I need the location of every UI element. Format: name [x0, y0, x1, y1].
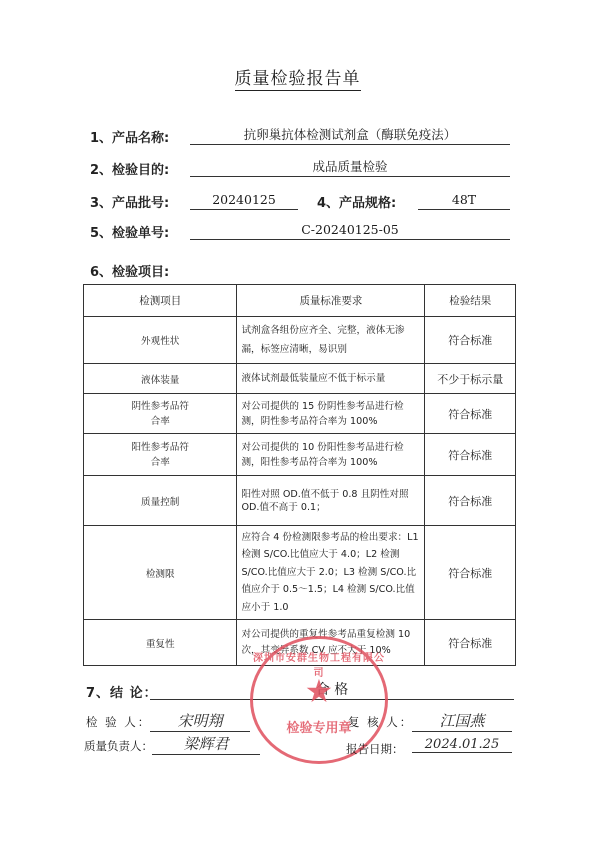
report-date: 2024.01.25	[412, 737, 512, 753]
report-no-value: C-20240125-05	[190, 221, 510, 240]
inspector-signature: 宋明翔	[150, 710, 250, 732]
row-result: 不少于标示量	[425, 364, 516, 394]
inspection-table: 检测项目 质量标准要求 检验结果 外观性状 试剂盒各组份应齐全、完整，液体无渗漏…	[83, 284, 516, 666]
row-item: 外观性状	[84, 317, 237, 364]
reviewer-label: 复 核 人：	[348, 714, 413, 730]
table-row: 阳性参考品符合率 对公司提供的 10 份阳性参考品进行检测，阳性参考品符合率为 …	[84, 434, 516, 476]
batch-label: 3、产品批号:	[90, 192, 169, 211]
table-row: 液体装量 液体试剂最低装量应不低于标示量 不少于标示量	[84, 364, 516, 394]
spec-label: 4、产品规格:	[317, 192, 396, 211]
row-item: 液体装量	[84, 364, 237, 394]
purpose-label: 2、检验目的:	[90, 159, 169, 178]
purpose-value: 成品质量检验	[190, 158, 510, 177]
row-standard: 对公司提供的 15 份阴性参考品进行检测，阴性参考品符合率为 100%	[237, 394, 425, 434]
page-title: 质量检验报告单	[0, 64, 595, 89]
product-name-value: 抗卵巢抗体检测试剂盒（酶联免疫法）	[190, 126, 510, 145]
row-standard: 应符合 4 份检测限参考品的检出要求：L1 检测 S/CO.比值应大于 4.0；…	[237, 526, 425, 620]
row-result: 符合标准	[425, 620, 516, 666]
table-row: 检测限 应符合 4 份检测限参考品的检出要求：L1 检测 S/CO.比值应大于 …	[84, 526, 516, 620]
row-result: 符合标准	[425, 394, 516, 434]
star-icon: ★	[253, 675, 385, 707]
header-standard: 质量标准要求	[237, 285, 425, 317]
row-standard: 液体试剂最低装量应不低于标示量	[237, 364, 425, 394]
spec-value: 48T	[418, 191, 510, 210]
row-result: 符合标准	[425, 317, 516, 364]
inspector-label: 检 验 人：	[86, 714, 151, 730]
header-result: 检验结果	[425, 285, 516, 317]
row-standard: 试剂盒各组份应齐全、完整，液体无渗漏，标签应清晰，易识别	[237, 317, 425, 364]
row-result: 符合标准	[425, 476, 516, 526]
table-row: 外观性状 试剂盒各组份应齐全、完整，液体无渗漏，标签应清晰，易识别 符合标准	[84, 317, 516, 364]
row-result: 符合标准	[425, 434, 516, 476]
row-standard: 对公司提供的 10 份阳性参考品进行检测，阳性参考品符合率为 100%	[237, 434, 425, 476]
table-header-row: 检测项目 质量标准要求 检验结果	[84, 285, 516, 317]
header-item: 检测项目	[84, 285, 237, 317]
conclusion-label: 7、结 论：	[86, 682, 158, 701]
table-row: 阴性参考品符合率 对公司提供的 15 份阴性参考品进行检测，阴性参考品符合率为 …	[84, 394, 516, 434]
quality-head-label: 质量负责人：	[84, 738, 153, 754]
product-name-label: 1、产品名称:	[90, 127, 169, 146]
batch-value: 20240125	[190, 191, 298, 210]
quality-head-signature: 梁辉君	[152, 733, 260, 755]
row-item: 阳性参考品符合率	[84, 434, 237, 476]
table-row: 质量控制 阳性对照 OD.值不低于 0.8 且阴性对照 OD.值不高于 0.1；…	[84, 476, 516, 526]
items-label: 6、检验项目:	[90, 261, 169, 280]
row-standard: 阳性对照 OD.值不低于 0.8 且阴性对照 OD.值不高于 0.1；	[237, 476, 425, 526]
row-item-text: 阳性参考品符合率	[130, 440, 190, 470]
reviewer-signature: 江国燕	[412, 710, 512, 732]
report-no-label: 5、检验单号:	[90, 222, 169, 241]
row-item: 质量控制	[84, 476, 237, 526]
date-label: 报告日期：	[346, 741, 404, 757]
row-item: 重复性	[84, 620, 237, 666]
row-item: 阴性参考品符合率	[84, 394, 237, 434]
row-item-text: 阴性参考品符合率	[130, 399, 190, 429]
row-result: 符合标准	[425, 526, 516, 620]
row-item: 检测限	[84, 526, 237, 620]
